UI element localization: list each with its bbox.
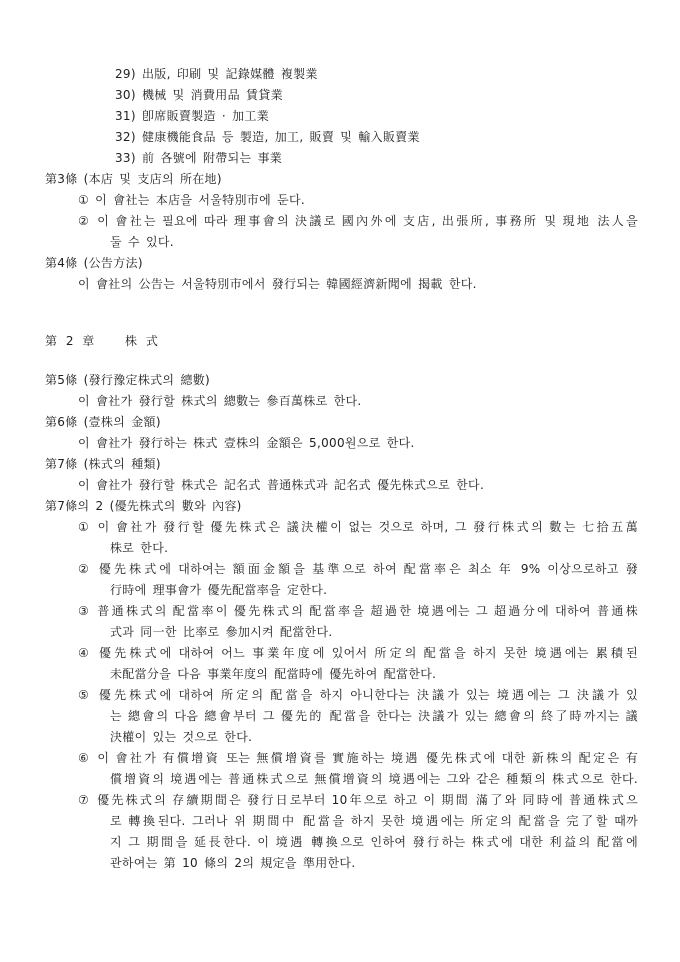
document-line: 관하여는 第 10 條의 2의 規定을 準用한다. xyxy=(0,853,680,874)
document-gap xyxy=(0,352,680,370)
document-page: 29) 出版, 印刷 및 記錄媒體 複製業30) 機械 및 消費用品 賃貸業31… xyxy=(0,0,680,962)
document-line: 第5條 (發行豫定株式의 總數) xyxy=(0,370,680,391)
document-line: 第7條 (株式의 種類) xyxy=(0,454,680,475)
document-line: 32) 健康機能食品 등 製造, 加工, 販賣 및 輸入販賣業 xyxy=(0,127,680,148)
document-gap xyxy=(0,295,680,331)
document-line: 第6條 (壹株의 金額) xyxy=(0,412,680,433)
document-line: 第7條의 2 (優先株式의 數와 內容) xyxy=(0,496,680,517)
document-line: 第4條 (公告方法) xyxy=(0,253,680,274)
document-line: 29) 出版, 印刷 및 記錄媒體 複製業 xyxy=(0,64,680,85)
document-line: 第 2 章 株 式 xyxy=(0,331,680,352)
document-line: 行時에 理事會가 優先配當率을 定한다. xyxy=(0,580,680,601)
document-line: 未配當分을 다음 事業年度의 配當時에 優先하여 配當한다. xyxy=(0,664,680,685)
document-line: ① 이 會社가 發行할 優先株式은 議決權이 없는 것으로 하며, 그 發行株式… xyxy=(0,517,680,538)
document-line: ② 이 會社는 필요에 따라 理事會의 決議로 國內外에 支店, 出張所, 事務… xyxy=(0,211,680,232)
document-line: ⑤ 優先株式에 대하여 所定의 配當을 하지 아니한다는 決議가 있는 境遇에는… xyxy=(0,685,680,706)
document-line: ③ 普通株式의 配當率이 優先株式의 配當率을 超過한 境遇에는 그 超過分에 … xyxy=(0,601,680,622)
document-line: 第3條 (本店 및 支店의 所在地) xyxy=(0,169,680,190)
document-line: 로 轉換된다. 그러나 위 期間中 配當을 하지 못한 境遇에는 所定의 配當을… xyxy=(0,811,680,832)
document-line: ⑦ 優先株式의 存續期間은 發行日로부터 10年으로 하고 이 期間 滿了와 同… xyxy=(0,790,680,811)
document-line: 決權이 있는 것으로 한다. xyxy=(0,727,680,748)
document-body: 29) 出版, 印刷 및 記錄媒體 複製業30) 機械 및 消費用品 賃貸業31… xyxy=(0,0,680,874)
document-line: ② 優先株式에 대하여는 額面金額을 基準으로 하여 配當率은 최소 年 9% … xyxy=(0,559,680,580)
document-line: 이 會社가 發行할 株式은 記名式 普通株式과 記名式 優先株式으로 한다. xyxy=(0,475,680,496)
document-line: 式과 同一한 比率로 參加시켜 配當한다. xyxy=(0,622,680,643)
document-line: 는 總會의 다음 總會부터 그 優先的 配當을 한다는 決議가 있는 總會의 終… xyxy=(0,706,680,727)
document-line: ⑥ 이 會社가 有償增資 또는 無償增資를 實施하는 境遇 優先株式에 대한 新… xyxy=(0,748,680,769)
document-line: 이 會社의 公告는 서울特別市에서 發行되는 韓國經濟新聞에 揭載 한다. xyxy=(0,274,680,295)
document-line: 30) 機械 및 消費用品 賃貸業 xyxy=(0,85,680,106)
document-line: 31) 卽席販賣製造 · 加工業 xyxy=(0,106,680,127)
document-line: 33) 前 各號에 附帶되는 事業 xyxy=(0,148,680,169)
document-line: ④ 優先株式에 대하여 어느 事業年度에 있어서 所定의 配當을 하지 못한 境… xyxy=(0,643,680,664)
document-line: 지 그 期間을 延長한다. 이 境遇 轉換으로 인하여 發行하는 株式에 대한 … xyxy=(0,832,680,853)
document-line: 이 會社가 發行하는 株式 壹株의 金額은 5,000원으로 한다. xyxy=(0,433,680,454)
document-line: 둘 수 있다. xyxy=(0,232,680,253)
document-line: 株로 한다. xyxy=(0,538,680,559)
document-line: ① 이 會社는 本店을 서울特別市에 둔다. xyxy=(0,190,680,211)
document-line: 償增資의 境遇에는 普通株式으로 無償增資의 境遇에는 그와 같은 種類의 株式… xyxy=(0,769,680,790)
document-line: 이 會社가 發行할 株式의 總數는 參百萬株로 한다. xyxy=(0,391,680,412)
